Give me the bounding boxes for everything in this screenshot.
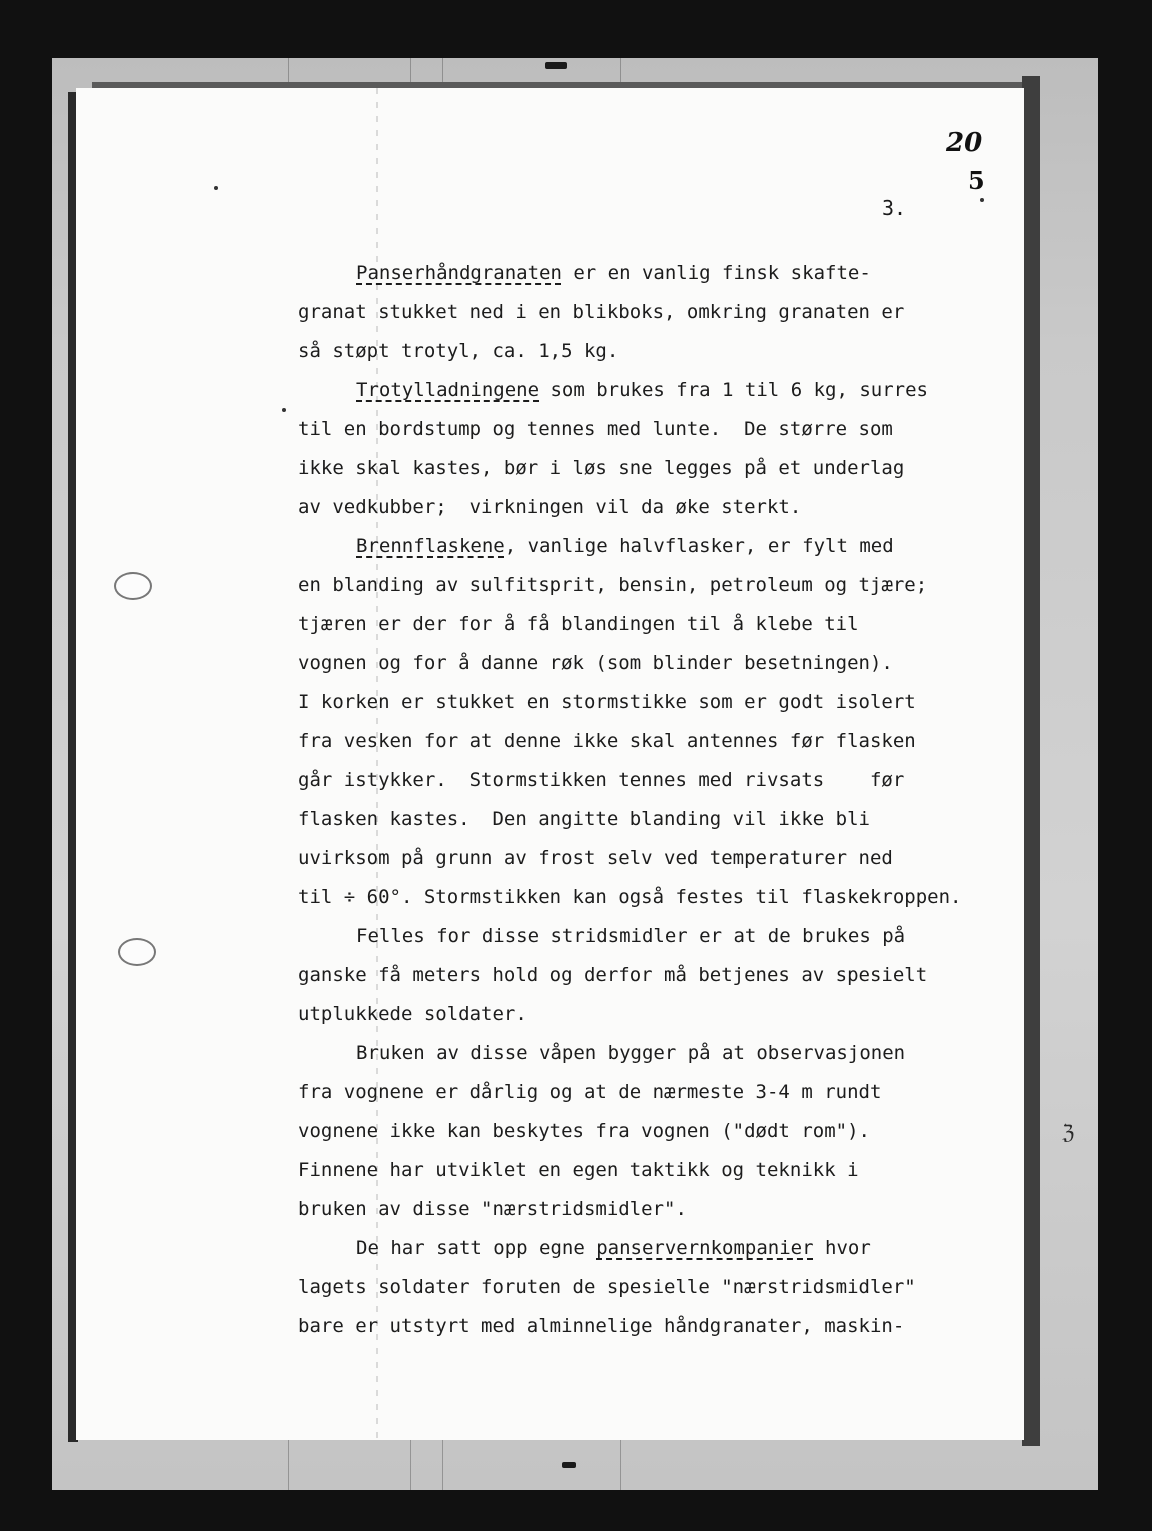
text-line: Panserhåndgranaten er en vanlig finsk sk… — [356, 262, 871, 284]
text-segment: utplukkede soldater. — [298, 1003, 527, 1025]
text-segment: Felles for disse stridsmidler er at de b… — [356, 925, 905, 947]
text-line: vognene ikke kan beskytes fra vognen ("d… — [298, 1120, 870, 1142]
text-line: Bruken av disse våpen bygger på at obser… — [356, 1042, 905, 1064]
text-line: fra vesken for at denne ikke skal antenn… — [298, 730, 916, 752]
text-line: uvirksom på grunn av frost selv ved temp… — [298, 847, 893, 869]
text-line: lagets soldater foruten de spesielle "næ… — [298, 1276, 916, 1298]
text-segment: Finnene har utviklet en egen taktikk og … — [298, 1159, 859, 1181]
text-segment: flasken kastes. Den angitte blanding vil… — [298, 808, 870, 830]
text-segment: ganske få meters hold og derfor må betje… — [298, 964, 927, 986]
text-segment: en blanding av sulfitsprit, bensin, petr… — [298, 574, 927, 596]
archive-folio-stamped: 5 — [968, 166, 985, 195]
text-line: går istykker. Stormstikken tennes med ri… — [298, 769, 904, 791]
page-shadow-right — [1022, 76, 1040, 1446]
text-line: Finnene har utviklet en egen taktikk og … — [298, 1159, 859, 1181]
underlined-term: Brennflaskene — [356, 535, 505, 557]
text-line: granat stukket ned i en blikboks, omkrin… — [298, 301, 904, 323]
text-segment: vognene ikke kan beskytes fra vognen ("d… — [298, 1120, 870, 1142]
text-line: ganske få meters hold og derfor må betje… — [298, 964, 927, 986]
underlined-term: Trotylladningene — [356, 379, 539, 401]
speck — [214, 186, 218, 190]
text-segment: ikke skal kastes, bør i løs sne legges p… — [298, 457, 904, 479]
text-line: I korken er stukket en stormstikke som e… — [298, 691, 916, 713]
document-page: 20 5 3. Panserhåndgranaten er en vanlig … — [76, 88, 1024, 1440]
text-line: Felles for disse stridsmidler er at de b… — [356, 925, 905, 947]
text-line: tjæren er der for å få blandingen til å … — [298, 613, 859, 635]
text-segment: tjæren er der for å få blandingen til å … — [298, 613, 859, 635]
text-line: til ÷ 60°. Stormstikken kan også festes … — [298, 886, 961, 908]
text-segment: er en vanlig finsk skafte- — [562, 262, 871, 284]
text-line: flasken kastes. Den angitte blanding vil… — [298, 808, 870, 830]
text-segment: bruken av disse "nærstridsmidler". — [298, 1198, 687, 1220]
underlined-term: Panserhåndgranaten — [356, 262, 562, 284]
film-mark — [545, 62, 567, 69]
text-segment: I korken er stukket en stormstikke som e… — [298, 691, 916, 713]
page-number: 3. — [882, 196, 906, 220]
underlined-term: panservernkompanier — [596, 1237, 813, 1259]
text-line: fra vognene er dårlig og at de nærmeste … — [298, 1081, 881, 1103]
text-line: utplukkede soldater. — [298, 1003, 527, 1025]
punch-hole — [114, 572, 152, 600]
text-line: bare er utstyrt med alminnelige håndgran… — [298, 1315, 904, 1337]
text-segment: går istykker. Stormstikken tennes med ri… — [298, 769, 904, 791]
text-segment: Bruken av disse våpen bygger på at obser… — [356, 1042, 905, 1064]
text-segment: til en bordstump og tennes med lunte. De… — [298, 418, 893, 440]
punch-hole — [118, 938, 156, 966]
film-stain: ℨ — [1062, 1122, 1084, 1142]
text-line: vognen og for å danne røk (som blinder b… — [298, 652, 893, 674]
text-line: ikke skal kastes, bør i løs sne legges p… — [298, 457, 904, 479]
text-line: en blanding av sulfitsprit, bensin, petr… — [298, 574, 927, 596]
text-line: De har satt opp egne panservernkompanier… — [356, 1237, 871, 1259]
archive-folio-handwritten: 20 — [946, 128, 982, 158]
text-line: Trotylladningene som brukes fra 1 til 6 … — [356, 379, 928, 401]
text-segment: De har satt opp egne — [356, 1237, 596, 1259]
speck — [980, 198, 984, 202]
text-segment: fra vognene er dårlig og at de nærmeste … — [298, 1081, 881, 1103]
text-line: av vedkubber; virkningen vil da øke ster… — [298, 496, 801, 518]
text-line: til en bordstump og tennes med lunte. De… — [298, 418, 893, 440]
text-segment: av vedkubber; virkningen vil da øke ster… — [298, 496, 801, 518]
text-segment: lagets soldater foruten de spesielle "næ… — [298, 1276, 916, 1298]
text-segment: så støpt trotyl, ca. 1,5 kg. — [298, 340, 618, 362]
text-segment: bare er utstyrt med alminnelige håndgran… — [298, 1315, 904, 1337]
text-line: Brennflaskene, vanlige halvflasker, er f… — [356, 535, 894, 557]
text-segment: vognen og for å danne røk (som blinder b… — [298, 652, 893, 674]
text-line: bruken av disse "nærstridsmidler". — [298, 1198, 687, 1220]
text-line: så støpt trotyl, ca. 1,5 kg. — [298, 340, 618, 362]
text-segment: , vanlige halvflasker, er fylt med — [505, 535, 894, 557]
film-mark — [562, 1462, 576, 1468]
text-segment: granat stukket ned i en blikboks, omkrin… — [298, 301, 904, 323]
text-segment: hvor — [814, 1237, 871, 1259]
text-segment: uvirksom på grunn av frost selv ved temp… — [298, 847, 893, 869]
speck — [282, 408, 286, 412]
text-segment: til ÷ 60°. Stormstikken kan også festes … — [298, 886, 961, 908]
text-segment: som brukes fra 1 til 6 kg, surres — [539, 379, 928, 401]
text-segment: fra vesken for at denne ikke skal antenn… — [298, 730, 916, 752]
